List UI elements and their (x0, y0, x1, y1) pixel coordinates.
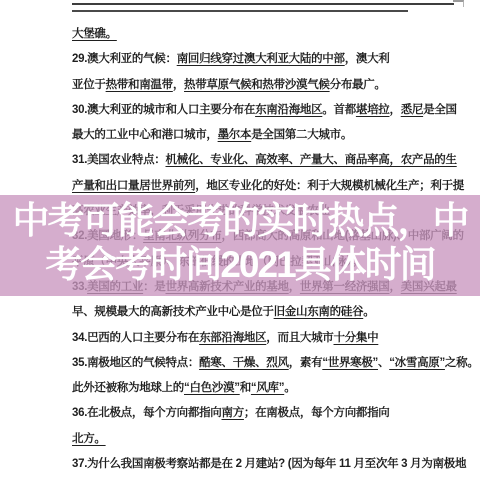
plain-text: 34.巴西的人口主要分布在 (72, 332, 199, 344)
document-line: 北方。 (72, 427, 462, 452)
plain-text: 之称。 (445, 357, 479, 369)
underlined-text: 北方。 (72, 433, 106, 445)
plain-text: ，地区专业化的好处：利于大规模机械化生产；利于提 (195, 180, 464, 192)
document-line: 29.澳大利亚的气候：南回归线穿过澳大利亚大陆的中部，澳大利 (72, 47, 462, 72)
document-line: 亚位于热带和南温带，热带草原气候和热带沙漠气候分布最广。 (72, 73, 462, 98)
document-line: 37.为什么我国南极考察站都是在 2 月建站? (因为每年 11 月至次年 3 … (72, 452, 462, 477)
plain-text: 早、规模最大的高新技术产业中心是位于 (72, 306, 274, 318)
plain-text: 37.为什么我国南极考察站都是在 2 月建站? (因为每年 11 月至次年 3 … (72, 458, 466, 470)
plain-text: 此外还被称为地球上的 (72, 382, 184, 394)
plain-text: 36.在北极点，每个方向都指向 (72, 407, 222, 419)
underlined-text: 堪培拉 (356, 104, 390, 116)
underlined-text: 酷寒、干燥、烈风 (199, 357, 289, 369)
underlined-text: 东部沿海地区 (199, 332, 266, 344)
plain-text: 、 (378, 357, 389, 369)
plain-text: 29.澳大利亚的气候： (72, 53, 177, 65)
plain-text: 。 (284, 382, 295, 394)
plain-text: ，而且大城市 (266, 332, 333, 344)
underlined-text: 悉尼 (401, 104, 423, 116)
plain-text: ；在南极点，每个方向都指向 (244, 407, 390, 419)
underlined-text: 南回归线穿过澳大利亚大陆的中部 (177, 53, 345, 65)
plain-text: 是全国 (423, 104, 457, 116)
plain-text: 是全国第二大城市。 (251, 129, 352, 141)
underlined-text: 东南沿海地区 (255, 104, 322, 116)
underlined-text: 旧金山东南的硅谷 (274, 306, 364, 318)
table-border-bottom-line (72, 10, 408, 12)
document-line: 此外还被称为地球上的“白色沙漠”和“风库”。 (72, 376, 462, 401)
plain-text: 和 (240, 382, 251, 394)
underlined-text: “冰雪高原” (389, 357, 445, 369)
underlined-text: 南方 (222, 407, 244, 419)
plain-text: ，素有 (289, 357, 323, 369)
plain-text: 最大的工业中心和港口城市， (72, 129, 218, 141)
document-line: 31.美国农业特点：机械化、专业化、高效率、产量大、商品率高，农产品的生 (72, 148, 462, 173)
underlined-text: 机械化、专业化、高效率、产量大、商品率高，农产品的生 (166, 154, 457, 166)
plain-text: ， (173, 79, 184, 91)
banner-text-line1: 中考可能会考的实时热点，中 (13, 199, 468, 243)
underlined-text: “白色沙漠” (184, 382, 240, 394)
underlined-text: 热带草原气候和热带沙漠气候 (184, 79, 330, 91)
table-border-end-hook (453, 0, 464, 7)
banner-text-line2: 考会考时间2021具体时间 (45, 243, 434, 287)
underlined-text: 十分集中 (334, 332, 379, 344)
table-border-top-line (72, 3, 454, 5)
document-page: 大堡礁。29.澳大利亚的气候：南回归线穿过澳大利亚大陆的中部，澳大利亚位于热带和… (0, 0, 480, 480)
underlined-text: 墨尔本 (218, 129, 252, 141)
document-line: 35.南极地区的气候特点：酷寒、干燥、烈风，素有“世界寒极”、“冰雪高原”之称。 (72, 351, 462, 376)
underlined-text: “世界寒极” (322, 357, 378, 369)
plain-text: 。 (363, 306, 374, 318)
underlined-text: “风库” (251, 382, 284, 394)
plain-text: 35.南极地区的气候特点： (72, 357, 199, 369)
plain-text: 分布最广。 (330, 79, 386, 91)
plain-text: 30.澳大利亚的城市和人口主要分布在 (72, 104, 255, 116)
promo-banner-overlay[interactable]: 中考可能会考的实时热点，中 考会考时间2021具体时间 (0, 195, 480, 296)
document-line: 大堡礁。 (72, 22, 462, 47)
document-line: 34.巴西的人口主要分布在东部沿海地区，而且大城市十分集中 (72, 326, 462, 351)
document-line: 36.在北极点，每个方向都指向南方；在南极点，每个方向都指向 (72, 401, 462, 426)
plain-text: ，澳大利 (345, 53, 390, 65)
underlined-text: 热带和南温带 (106, 79, 173, 91)
plain-text: 亚位于 (72, 79, 106, 91)
plain-text: 31.美国农业特点： (72, 154, 166, 166)
document-line: 早、规模最大的高新技术产业中心是位于旧金山东南的硅谷。 (72, 300, 462, 325)
plain-text: ， (390, 104, 401, 116)
underlined-text: 产量和出口量居世界前列 (72, 180, 195, 192)
document-line: 30.澳大利亚的城市和人口主要分布在东南沿海地区。首都堪培拉，悉尼是全国 (72, 98, 462, 123)
underlined-text: 大堡礁。 (72, 28, 117, 40)
document-line: 最大的工业中心和港口城市，墨尔本是全国第二大城市。 (72, 123, 462, 148)
plain-text: 。首都 (322, 104, 356, 116)
